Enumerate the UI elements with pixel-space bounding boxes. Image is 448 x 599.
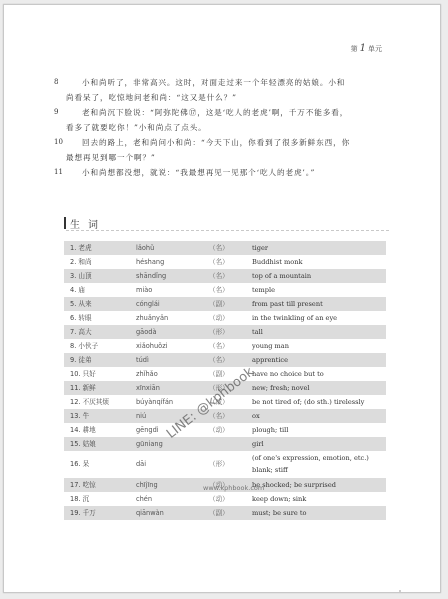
document-page: 第1单元 8 小和尚听了，非常高兴。这时，对面走过来一个年轻漂亮的姑娘。小和 尚… (3, 4, 441, 593)
vocab-part-of-speech: （名） (209, 269, 229, 283)
paragraph-line: 看多了就要吃你！”小和尚点了点头。 (54, 120, 384, 135)
vocab-english: new; fresh; novel (252, 381, 310, 395)
paragraph-number: 11 (54, 165, 63, 180)
vocab-pinyin: zhǐhǎo (136, 367, 158, 381)
vocab-row: 16. 呆 dāi （形） (of one's expression, emot… (64, 451, 386, 478)
vocab-word: 5. 从来 (70, 297, 92, 311)
vocab-part-of-speech: （动） (209, 492, 229, 506)
vocab-word: 18. 沉 (70, 492, 89, 506)
vocab-row: 19. 千万 qiānwàn （副） must; be sure to (64, 506, 386, 520)
vocab-pinyin: xiǎohuǒzi (136, 339, 168, 353)
url-watermark: www.kphbook.com (203, 484, 264, 492)
paragraph-line: 最想再见到哪一个啊？” (54, 150, 384, 165)
page-corner-mark (399, 590, 401, 592)
vocab-row: 5. 从来 cónglái （副） from past till present (64, 297, 386, 311)
vocab-english: be not tired of; (do sth.) tirelessly (252, 395, 364, 409)
vocab-english: from past till present (252, 297, 323, 311)
title-divider (66, 230, 389, 231)
vocab-pinyin: túdì (136, 353, 149, 367)
vocab-row: 3. 山顶 shāndǐng （名） top of a mountain (64, 269, 386, 283)
vocab-part-of-speech: （动） (209, 311, 229, 325)
vocab-row: 7. 高大 gāodà （形） tall (64, 325, 386, 339)
vocab-row: 14. 耕地 gēngdì （动） plough; till (64, 423, 386, 437)
paragraph: 9 老和尚沉下脸说：“阿弥陀佛⑰，这是‘吃人的老虎’啊，千万不能多看， 看多了就… (54, 105, 384, 135)
vocab-pinyin: gūniang (136, 437, 163, 451)
paragraph-number: 9 (54, 105, 58, 120)
vocab-english: young man (252, 339, 289, 353)
unit-header: 第1单元 (351, 43, 382, 54)
vocab-pinyin: zhuǎnyǎn (136, 311, 168, 325)
vocab-pinyin: chījīng (136, 478, 158, 492)
vocab-row: 18. 沉 chén （动） keep down; sink (64, 492, 386, 506)
vocab-english: be shocked; be surprised (252, 478, 336, 492)
vocab-part-of-speech: （名） (209, 283, 229, 297)
vocab-row: 2. 和尚 héshang （名） Buddhist monk (64, 255, 386, 269)
section-title-label: 生词 (70, 216, 106, 231)
vocab-word: 11. 新鲜 (70, 381, 96, 395)
paragraph-line: 老和尚沉下脸说：“阿弥陀佛⑰，这是‘吃人的老虎’啊，千万不能多看， (54, 105, 384, 120)
paragraph-line: 回去的路上，老和尚问小和尚：“今天下山，你看到了很多新鲜东西，你 (54, 135, 384, 150)
paragraph-line: 小和尚想都没想，就说：“我最想再见一见那个‘吃人的老虎’。” (54, 165, 384, 180)
vocab-pinyin: niú (136, 409, 146, 423)
vocab-pinyin: shāndǐng (136, 269, 166, 283)
vocab-pinyin: xīnxiān (136, 381, 160, 395)
vocab-word: 9. 徒弟 (70, 353, 92, 367)
vocab-pinyin: héshang (136, 255, 164, 269)
vocab-row: 10. 只好 zhǐhǎo （副） have no choice but to (64, 367, 386, 381)
vocab-english: temple (252, 283, 275, 297)
title-accent-bar (64, 217, 66, 229)
vocab-row: 8. 小伙子 xiǎohuǒzi （名） young man (64, 339, 386, 353)
paragraph-number: 10 (54, 135, 63, 150)
vocab-word: 8. 小伙子 (70, 339, 98, 353)
vocab-english: tiger (252, 241, 268, 255)
vocab-pinyin: miào (136, 283, 152, 297)
vocab-row: 9. 徒弟 túdì （名） apprentice (64, 353, 386, 367)
vocab-row: 4. 庙 miào （名） temple (64, 283, 386, 297)
vocab-word: 12. 不厌其烦 (70, 395, 109, 409)
vocab-english: tall (252, 325, 263, 339)
vocab-part-of-speech: （形） (209, 325, 229, 339)
unit-number: 1 (360, 43, 366, 54)
vocab-english: (of one's expression, emotion, etc.) bla… (252, 452, 369, 476)
vocabulary-section-title: 生词 (64, 216, 389, 232)
vocab-part-of-speech: （副） (209, 506, 229, 520)
vocab-part-of-speech: （名） (209, 241, 229, 255)
vocab-word: 2. 和尚 (70, 255, 92, 269)
vocab-pinyin: qiānwàn (136, 506, 164, 520)
vocab-english-line: (of one's expression, emotion, etc.) (252, 452, 369, 464)
unit-prefix: 第 (351, 45, 358, 53)
vocab-english: girl (252, 437, 264, 451)
story-paragraphs: 8 小和尚听了，非常高兴。这时，对面走过来一个年轻漂亮的姑娘。小和 尚看呆了，吃… (54, 75, 384, 180)
vocab-word: 16. 呆 (70, 457, 89, 471)
vocab-part-of-speech: （形） (209, 457, 229, 471)
vocab-english: apprentice (252, 353, 288, 367)
vocab-english: top of a mountain (252, 269, 311, 283)
vocab-row: 1. 老虎 lǎohǔ （名） tiger (64, 241, 386, 255)
vocab-pinyin: chén (136, 492, 152, 506)
vocab-english: Buddhist monk (252, 255, 302, 269)
vocab-pinyin: cónglái (136, 297, 160, 311)
vocab-word: 10. 只好 (70, 367, 96, 381)
vocab-row: 13. 牛 niú （名） ox (64, 409, 386, 423)
paragraph-line: 小和尚听了，非常高兴。这时，对面走过来一个年轻漂亮的姑娘。小和 (54, 75, 384, 90)
paragraph: 8 小和尚听了，非常高兴。这时，对面走过来一个年轻漂亮的姑娘。小和 尚看呆了，吃… (54, 75, 384, 105)
vocab-pinyin: dāi (136, 457, 146, 471)
vocab-word: 4. 庙 (70, 283, 85, 297)
vocab-part-of-speech: （动） (209, 423, 229, 437)
vocab-pinyin: búyànqífán (136, 395, 173, 409)
vocabulary-table: 1. 老虎 lǎohǔ （名） tiger 2. 和尚 héshang （名） … (64, 241, 386, 520)
vocab-word: 1. 老虎 (70, 241, 92, 255)
vocab-english: must; be sure to (252, 506, 306, 520)
vocab-word: 7. 高大 (70, 325, 92, 339)
vocab-pinyin: gāodà (136, 325, 157, 339)
vocab-part-of-speech: （名） (209, 339, 229, 353)
vocab-part-of-speech: （副） (209, 297, 229, 311)
vocab-word: 19. 千万 (70, 506, 96, 520)
vocab-word: 15. 姑娘 (70, 437, 96, 451)
vocab-english: ox (252, 409, 260, 423)
vocab-word: 6. 转眼 (70, 311, 92, 325)
vocab-word: 3. 山顶 (70, 269, 92, 283)
vocab-english: plough; till (252, 423, 288, 437)
vocab-pinyin: gēngdì (136, 423, 159, 437)
vocab-part-of-speech: （名） (209, 255, 229, 269)
vocab-word: 13. 牛 (70, 409, 89, 423)
vocab-english: in the twinkling of an eye (252, 311, 337, 325)
unit-suffix: 单元 (368, 45, 382, 53)
vocab-part-of-speech: （名） (209, 353, 229, 367)
vocab-row: 15. 姑娘 gūniang girl (64, 437, 386, 451)
vocab-word: 14. 耕地 (70, 423, 96, 437)
vocab-pinyin: lǎohǔ (136, 241, 154, 255)
vocab-part-of-speech: （副） (209, 367, 229, 381)
vocab-english: have no choice but to (252, 367, 324, 381)
paragraph-number: 8 (54, 75, 58, 90)
vocab-english: keep down; sink (252, 492, 306, 506)
vocab-row: 6. 转眼 zhuǎnyǎn （动） in the twinkling of a… (64, 311, 386, 325)
paragraph: 10 回去的路上，老和尚问小和尚：“今天下山，你看到了很多新鲜东西，你 最想再见… (54, 135, 384, 165)
vocab-word: 17. 吃惊 (70, 478, 96, 492)
vocab-english-line: blank; stiff (252, 464, 369, 476)
paragraph-line: 尚看呆了，吃惊地问老和尚：“这又是什么？” (54, 90, 384, 105)
paragraph: 11 小和尚想都没想，就说：“我最想再见一见那个‘吃人的老虎’。” (54, 165, 384, 180)
